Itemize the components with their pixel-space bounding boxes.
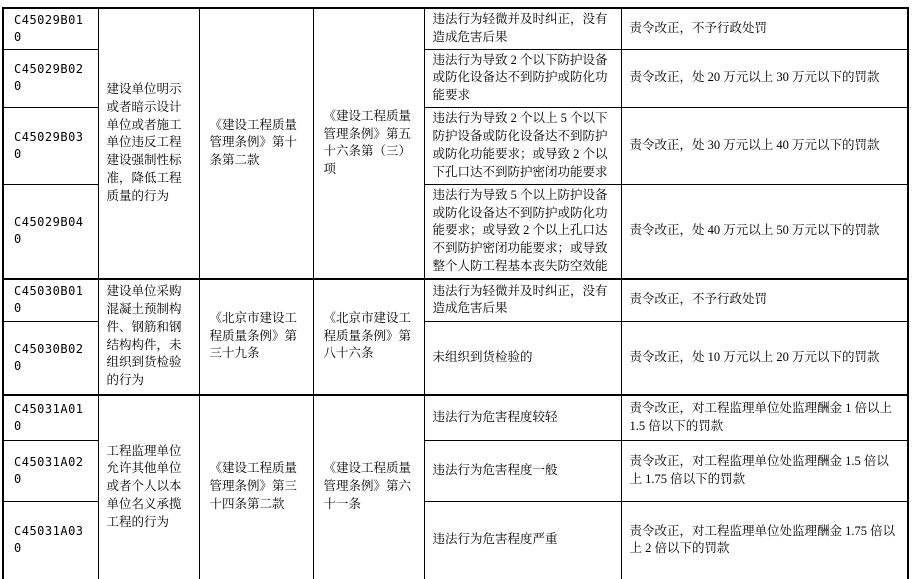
- violation-code: C45029B010: [3, 8, 98, 49]
- violation-situation: 违法行为轻微并及时纠正，没有造成危害后果: [424, 279, 621, 322]
- penalty-standard: 责令改正，处 30 万元以上 40 万元以下的罚款: [621, 107, 908, 184]
- legal-basis-1: 《建设工程质量管理条例》第三十四条第二款: [199, 395, 313, 579]
- legal-basis-1: 《北京市建设工程质量条例》第三十九条: [199, 279, 313, 395]
- table-row: C45031A010 工程监理单位允许其他单位或者个人以本单位名义承揽工程的行为…: [3, 395, 908, 441]
- violation-situation: 违法行为导致 5 个以上防护设备或防化设备达不到防护或防化功能要求；或导致 2 …: [424, 184, 621, 278]
- penalty-standard: 责令改正，处 20 万元以上 30 万元以下的罚款: [621, 49, 908, 107]
- legal-basis-2: 《建设工程质量管理条例》第五十六条第（三）项: [313, 8, 424, 279]
- violation-situation: 违法行为轻微并及时纠正，没有造成危害后果: [424, 8, 621, 49]
- penalty-standard: 责令改正，不予行政处罚: [621, 8, 908, 49]
- penalty-standard: 责令改正，对工程监理单位处监理酬金 1.75 倍以上 2 倍以下的罚款: [621, 502, 908, 579]
- violation-code: C45029B030: [3, 107, 98, 184]
- table-row: C45030B010 建设单位采购混凝土预制构件、钢筋和钢结构构件，未组织到货检…: [3, 279, 908, 322]
- violation-code: C45031A010: [3, 395, 98, 441]
- violation-code: C45029B020: [3, 49, 98, 107]
- penalty-discretion-table: C45029B010 建设单位明示或者暗示设计单位或者施工单位违反工程建设强制性…: [2, 7, 909, 579]
- violation-situation: 未组织到货检验的: [424, 322, 621, 395]
- legal-basis-2: 《北京市建设工程质量条例》第八十六条: [313, 279, 424, 395]
- penalty-standard: 责令改正，对工程监理单位处监理酬金 1.5 倍以上 1.75 倍以下的罚款: [621, 441, 908, 502]
- table-row: C45029B010 建设单位明示或者暗示设计单位或者施工单位违反工程建设强制性…: [3, 8, 908, 49]
- violation-situation: 违法行为导致 2 个以下防护设备或防化设备达不到防护或防化功能要求: [424, 49, 621, 107]
- penalty-standard: 责令改正，对工程监理单位处监理酬金 1 倍以上 1.5 倍以下的罚款: [621, 395, 908, 441]
- violation-situation: 违法行为导致 2 个以上 5 个以下防护设备或防化设备达不到防护或防化功能要求；…: [424, 107, 621, 184]
- legal-basis-2: 《建设工程质量管理条例》第六十一条: [313, 395, 424, 579]
- violation-situation: 违法行为危害程度较轻: [424, 395, 621, 441]
- violation-behavior: 工程监理单位允许其他单位或者个人以本单位名义承揽工程的行为: [98, 395, 199, 579]
- violation-code: C45031A020: [3, 441, 98, 502]
- legal-basis-1: 《建设工程质量管理条例》第十条第二款: [199, 8, 313, 279]
- violation-code: C45031A030: [3, 502, 98, 579]
- violation-code: C45030B010: [3, 279, 98, 322]
- violation-code: C45030B020: [3, 322, 98, 395]
- violation-situation: 违法行为危害程度一般: [424, 441, 621, 502]
- penalty-standard: 责令改正，处 10 万元以上 20 万元以下的罚款: [621, 322, 908, 395]
- violation-code: C45029B040: [3, 184, 98, 278]
- violation-situation: 违法行为危害程度严重: [424, 502, 621, 579]
- violation-behavior: 建设单位明示或者暗示设计单位或者施工单位违反工程建设强制性标准，降低工程质量的行…: [98, 8, 199, 279]
- penalty-standard: 责令改正，不予行政处罚: [621, 279, 908, 322]
- penalty-standard: 责令改正，处 40 万元以上 50 万元以下的罚款: [621, 184, 908, 278]
- violation-behavior: 建设单位采购混凝土预制构件、钢筋和钢结构构件，未组织到货检验的行为: [98, 279, 199, 395]
